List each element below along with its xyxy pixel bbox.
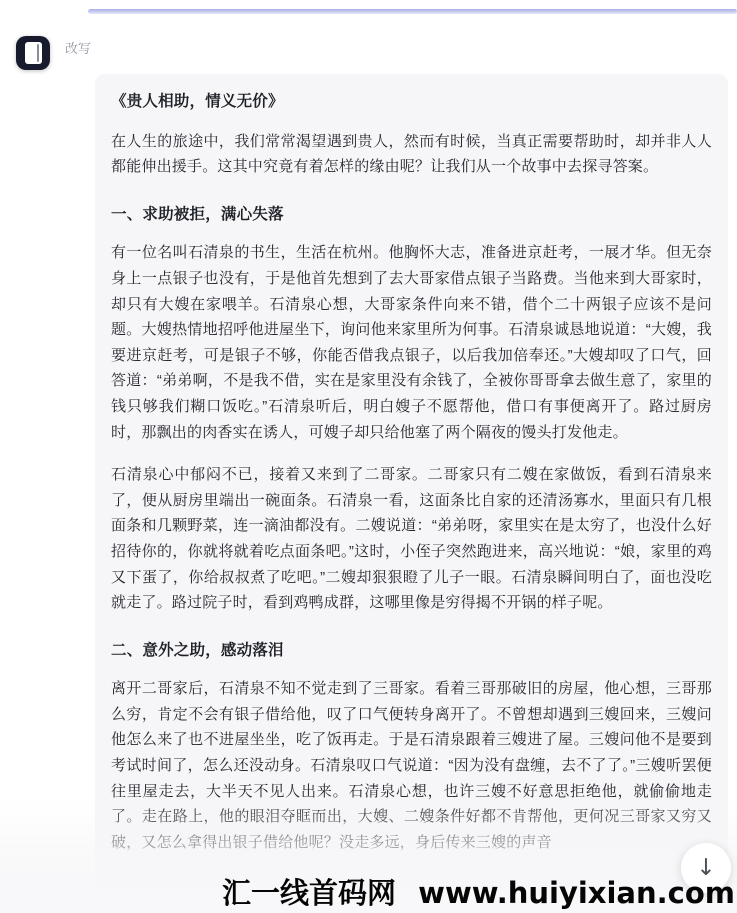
- pen-line-icon: [37, 44, 39, 62]
- section-2-heading: 二、意外之助，感动落泪: [111, 638, 712, 664]
- watermark-site-name: 汇一线首码网: [222, 876, 396, 910]
- top-divider-line: [88, 9, 737, 14]
- notebook-icon: [25, 42, 42, 64]
- app-logo-avatar: [16, 36, 50, 70]
- section-1-paragraph-2: 石清泉心中郁闷不已，接着又来到了二哥家。二哥家只有二嫂在家做饭，看到石清泉来了，…: [111, 462, 712, 616]
- section-1-heading: 一、求助被拒，满心失落: [111, 202, 712, 228]
- section-1-paragraph-1: 有一位名叫石清泉的书生，生活在杭州。他胸怀大志，准备进京赶考，一展才华。但无奈身…: [111, 240, 712, 445]
- article-intro-paragraph: 在人生的旅途中，我们常常渴望遇到贵人，然而有时候，当真正需要帮助时，却并非人人都…: [111, 129, 712, 180]
- section-2-paragraph-1: 离开二哥家后，石清泉不知不觉走到了三哥家。看着三哥那破旧的房屋，他心想，三哥那么…: [111, 676, 712, 855]
- article-title: 《贵人相助，情义无价》: [111, 89, 712, 115]
- rewritten-article-card: 《贵人相助，情义无价》 在人生的旅途中，我们常常渴望遇到贵人，然而有时候，当真正…: [95, 74, 728, 913]
- watermark-site-url: www.huiyixian.com: [418, 876, 735, 910]
- rewrite-label: 改写: [65, 41, 91, 57]
- watermark: 汇一线首码网 www.huiyixian.com: [222, 871, 735, 912]
